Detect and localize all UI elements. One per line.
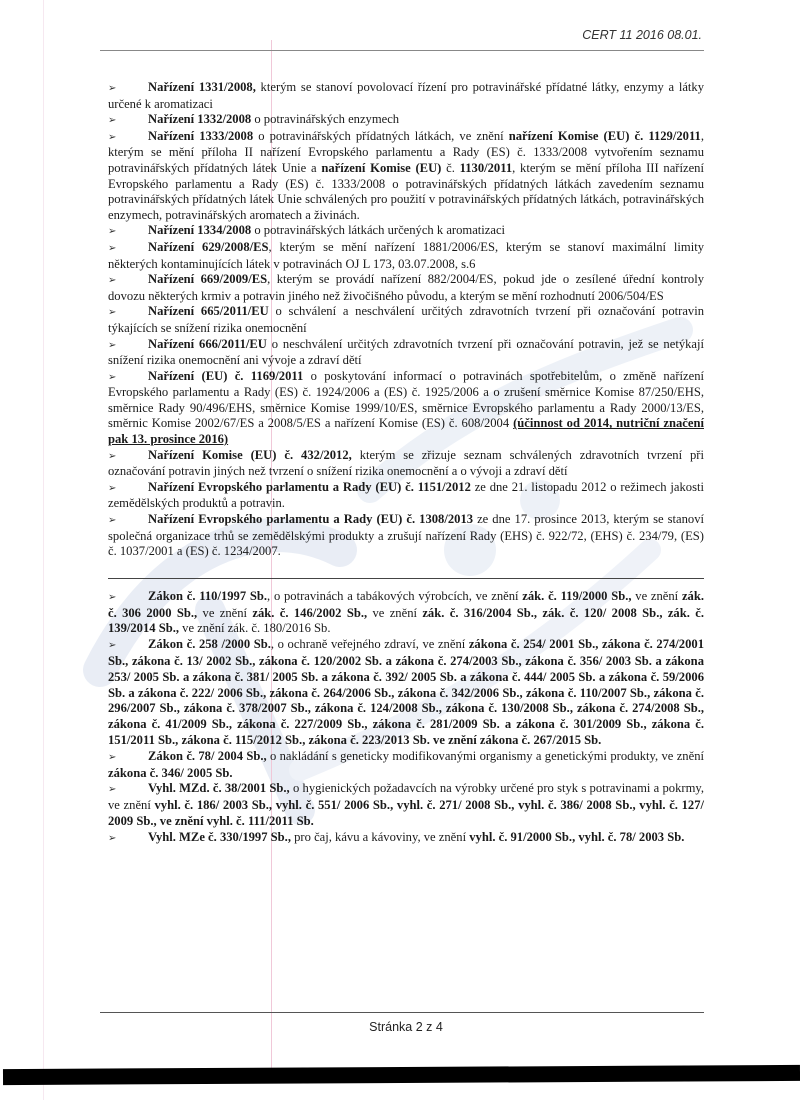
header-divider	[100, 50, 704, 51]
bold-reference: Nařízení 669/2009/ES	[148, 272, 267, 286]
section-divider	[108, 578, 704, 579]
arrowhead-bullet-icon: ➢	[108, 113, 148, 129]
arrowhead-bullet-icon: ➢	[108, 241, 148, 257]
list-item: ➢Nařízení 666/2011/EU o neschválení urči…	[108, 337, 704, 369]
item-text: č.	[441, 161, 459, 175]
list-item: ➢Nařízení 669/2009/ES, kterým se provádí…	[108, 272, 704, 304]
list-item: ➢Nařízení 1334/2008 o potravinářských lá…	[108, 223, 704, 240]
list-item: ➢Zákon č. 258 /2000 Sb., o ochraně veřej…	[108, 637, 704, 749]
scan-margin-line	[43, 0, 44, 1100]
bold-reference: 1130/2011	[460, 161, 512, 175]
bold-reference: nařízení Komise (EU)	[321, 161, 441, 175]
item-text: ve znění	[632, 589, 682, 603]
arrowhead-bullet-icon: ➢	[108, 513, 148, 529]
item-text: ve znění	[367, 606, 422, 620]
page-number: Stránka 2 z 4	[0, 1020, 800, 1034]
list-item: ➢Nařízení (EU) č. 1169/2011 o poskytován…	[108, 369, 704, 448]
arrowhead-bullet-icon: ➢	[108, 273, 148, 289]
arrowhead-bullet-icon: ➢	[108, 782, 148, 798]
bold-reference: Nařízení 1331/2008,	[148, 80, 256, 94]
arrowhead-bullet-icon: ➢	[108, 449, 148, 465]
bold-reference: Zákon č. 78/ 2004 Sb.,	[148, 749, 267, 763]
list-item: ➢Zákon č. 78/ 2004 Sb., o nakládání s ge…	[108, 749, 704, 782]
item-text: , o ochraně veřejného zdraví, ve znění	[271, 637, 469, 651]
bold-reference: Vyhl. MZe č. 330/1997 Sb.,	[148, 830, 291, 844]
arrowhead-bullet-icon: ➢	[108, 750, 148, 766]
bold-reference: Nařízení 1332/2008	[148, 112, 251, 126]
list-item: ➢Nařízení 1333/2008 o potravinářských př…	[108, 129, 704, 224]
item-text: pro čaj, kávu a kávoviny, ve znění	[291, 830, 469, 844]
arrowhead-bullet-icon: ➢	[108, 638, 148, 654]
bold-reference: Nařízení 629/2008/ES	[148, 240, 269, 254]
bold-reference: vyhl. č. 91/2000 Sb., vyhl. č. 78/ 2003 …	[469, 830, 684, 844]
bold-reference: zákona č. 254/ 2001 Sb., zákona č. 274/2…	[108, 637, 704, 747]
list-item: ➢Nařízení 1332/2008 o potravinářských en…	[108, 112, 704, 129]
bold-reference: Zákon č. 110/1997 Sb.	[148, 589, 267, 603]
bold-reference: Nařízení (EU) č. 1169/2011	[148, 369, 303, 383]
item-text: o potravinářských látkách určených k aro…	[251, 223, 505, 237]
item-text: o nakládání s geneticky modifikovanými o…	[267, 749, 704, 763]
bold-reference: Nařízení 1333/2008	[148, 129, 253, 143]
bold-reference: Nařízení 665/2011/EU	[148, 304, 269, 318]
list-item: ➢Nařízení Evropského parlamentu a Rady (…	[108, 480, 704, 512]
bold-reference: vyhl. č. 186/ 2003 Sb., vyhl. č. 551/ 20…	[108, 798, 704, 828]
arrowhead-bullet-icon: ➢	[108, 590, 148, 606]
bold-reference: Nařízení 666/2011/EU	[148, 337, 267, 351]
arrowhead-bullet-icon: ➢	[108, 831, 148, 847]
arrowhead-bullet-icon: ➢	[108, 370, 148, 386]
arrowhead-bullet-icon: ➢	[108, 224, 148, 240]
item-text: o potravinářských přídatných látkách, ve…	[253, 129, 509, 143]
footer-divider	[100, 1012, 704, 1013]
bold-reference: Vyhl. MZd. č. 38/2001 Sb.,	[148, 781, 290, 795]
item-text: o potravinářských enzymech	[251, 112, 399, 126]
czech-laws-list: ➢Zákon č. 110/1997 Sb., o potravinách a …	[108, 589, 704, 847]
arrowhead-bullet-icon: ➢	[108, 481, 148, 497]
document-header: CERT 11 2016 08.01.	[0, 28, 702, 42]
arrowhead-bullet-icon: ➢	[108, 338, 148, 354]
document-body: ➢Nařízení 1331/2008, kterým se stanoví p…	[108, 80, 704, 847]
bold-reference: zákona č. 346/ 2005 Sb.	[108, 766, 233, 780]
item-text: ve znění zák. č. 180/2016 Sb.	[179, 621, 330, 635]
bold-reference: Nařízení Evropského parlamentu a Rady (E…	[148, 512, 473, 526]
arrowhead-bullet-icon: ➢	[108, 81, 148, 97]
list-item: ➢Nařízení 1331/2008, kterým se stanoví p…	[108, 80, 704, 112]
bold-reference: nařízení Komise (EU) č. 1129/2011	[509, 129, 701, 143]
list-item: ➢Vyhl. MZd. č. 38/2001 Sb., o hygienický…	[108, 781, 704, 829]
list-item: ➢Zákon č. 110/1997 Sb., o potravinách a …	[108, 589, 704, 637]
eu-regulations-list: ➢Nařízení 1331/2008, kterým se stanoví p…	[108, 80, 704, 560]
bold-reference: zák. č. 119/2000 Sb.,	[522, 589, 631, 603]
item-text: ve znění	[197, 606, 252, 620]
arrowhead-bullet-icon: ➢	[108, 305, 148, 321]
item-text: , o potravinách a tabákových výrobcích, …	[267, 589, 522, 603]
list-item: ➢Nařízení 629/2008/ES, kterým se mění na…	[108, 240, 704, 272]
list-item: ➢Nařízení Evropského parlamentu a Rady (…	[108, 512, 704, 560]
list-item: ➢Nařízení 665/2011/EU o schválení a nesc…	[108, 304, 704, 336]
bold-reference: Nařízení Evropského parlamentu a Rady (E…	[148, 480, 471, 494]
bold-reference: zák. č. 146/2002 Sb.,	[252, 606, 367, 620]
list-item: ➢Vyhl. MZe č. 330/1997 Sb., pro čaj, káv…	[108, 830, 704, 847]
bold-reference: Zákon č. 258 /2000 Sb.	[148, 637, 271, 651]
arrowhead-bullet-icon: ➢	[108, 130, 148, 146]
scan-edge-bar	[3, 1065, 800, 1085]
bold-reference: Nařízení 1334/2008	[148, 223, 251, 237]
bold-reference: Nařízení Komise (EU) č. 432/2012,	[148, 448, 352, 462]
list-item: ➢Nařízení Komise (EU) č. 432/2012, který…	[108, 448, 704, 480]
